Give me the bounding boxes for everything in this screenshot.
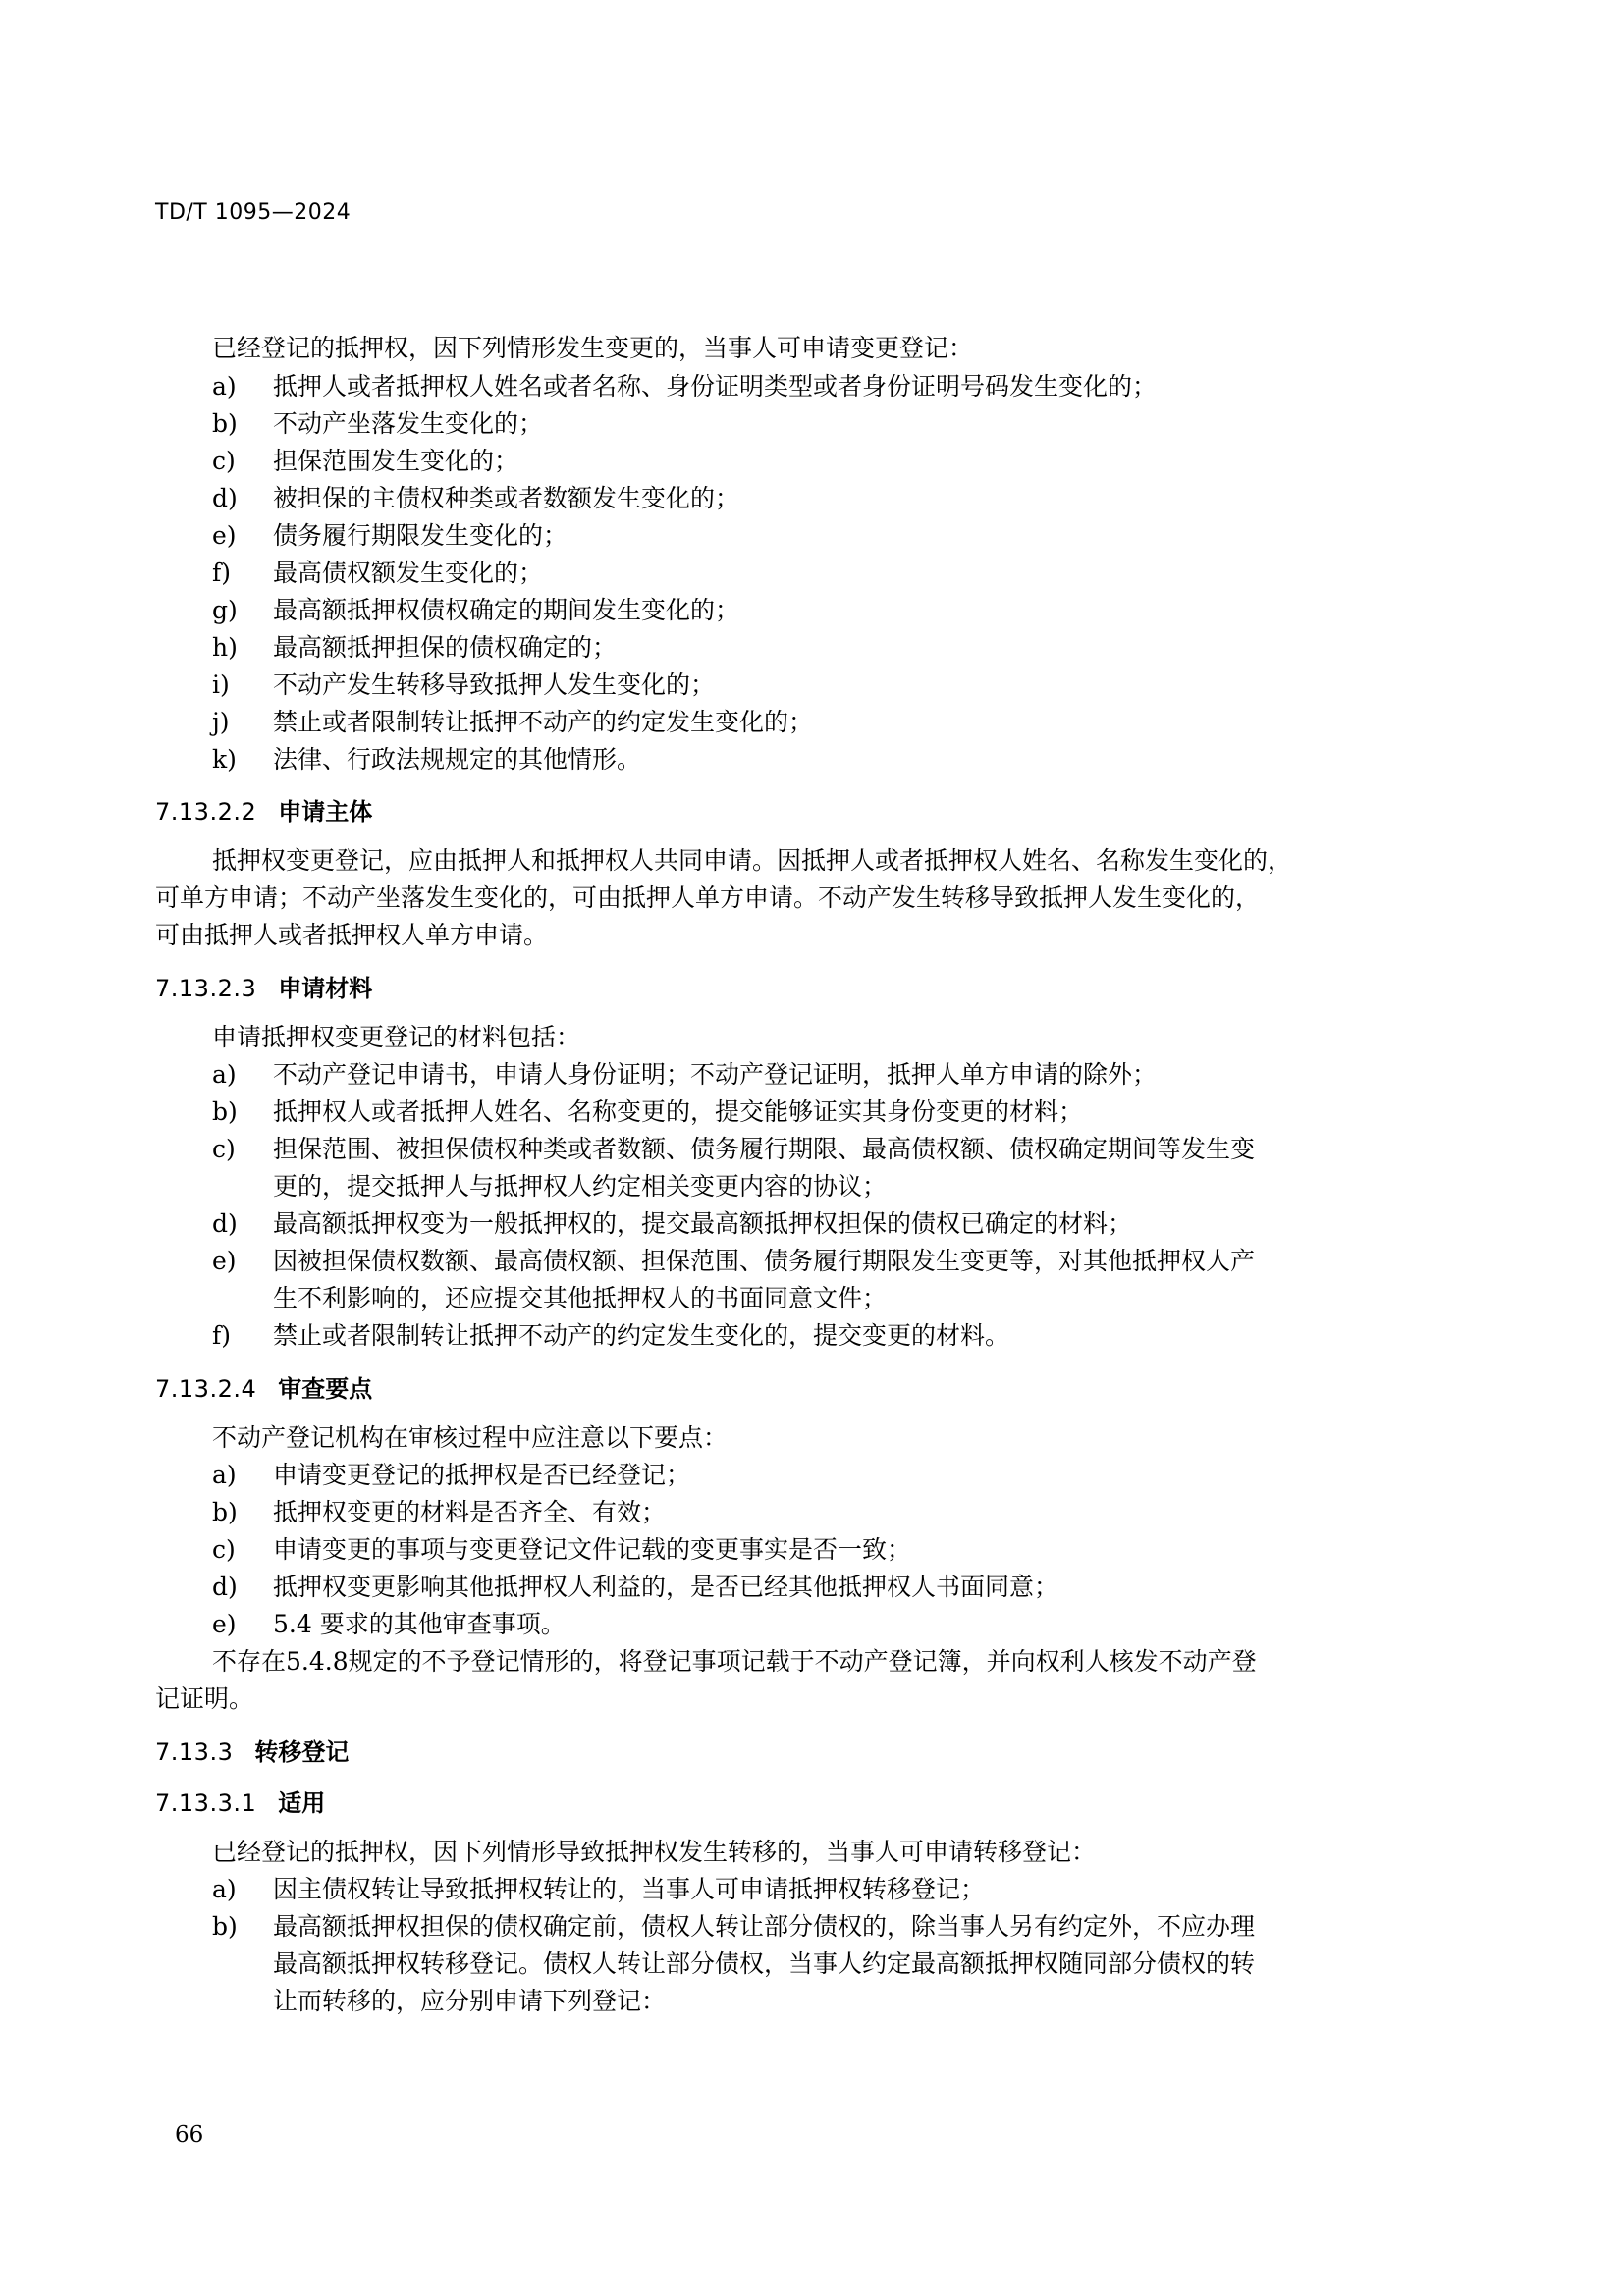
paragraph: 不存在5.4.8规定的不予登记情形的，将登记事项记载于不动产登记簿，并向权利人核… <box>212 1647 1257 1677</box>
list-item: 因主债权转让导致抵押权转让的，当事人可申请抵押权转移登记； <box>273 1875 985 1904</box>
list-marker: b) <box>212 1912 238 1942</box>
list-item: 最高额抵押担保的债权确定的； <box>273 633 617 663</box>
list-item: 抵押人或者抵押权人姓名或者名称、身份证明类型或者身份证明号码发生变化的； <box>273 372 1157 401</box>
list-item: 债务履行期限发生变化的； <box>273 521 568 551</box>
list-marker: a) <box>212 1875 237 1904</box>
list-marker: k) <box>212 745 237 774</box>
paragraph-continuation: 可由抵押人或者抵押权人单方申请。 <box>155 921 548 950</box>
section-title: 申请主体 <box>278 798 372 826</box>
section-heading: 7.13.2.2申请主体 <box>155 797 372 827</box>
list-marker: b) <box>212 1498 238 1527</box>
list-item: 禁止或者限制转让抵押不动产的约定发生变化的，提交变更的材料。 <box>273 1321 1009 1351</box>
list-marker: i) <box>212 670 230 700</box>
list-item: 禁止或者限制转让抵押不动产的约定发生变化的； <box>273 708 813 737</box>
list-marker: b) <box>212 1097 238 1127</box>
list-item: 最高债权额发生变化的； <box>273 559 543 588</box>
section-title: 转移登记 <box>254 1738 349 1766</box>
paragraph: 抵押权变更登记，应由抵押人和抵押权人共同申请。因抵押人或者抵押权人姓名、名称发生… <box>212 846 1292 876</box>
list-item: 最高额抵押权债权确定的期间发生变化的； <box>273 596 739 625</box>
list-item-continuation: 让而转移的，应分别申请下列登记： <box>273 1987 666 2016</box>
list-item: 5.4 要求的其他审查事项。 <box>273 1610 566 1639</box>
list-item-continuation: 生不利影响的，还应提交其他抵押权人的书面同意文件； <box>273 1284 887 1313</box>
list-marker: d) <box>212 1573 238 1602</box>
list-item: 申请变更的事项与变更登记文件记载的变更事实是否一致； <box>273 1535 911 1565</box>
list-marker: a) <box>212 372 237 401</box>
section-number: 7.13.2.3 <box>155 974 256 1003</box>
list-item: 抵押权变更影响其他抵押权人利益的，是否已经其他抵押权人书面同意； <box>273 1573 1058 1602</box>
list-item: 抵押权变更的材料是否齐全、有效； <box>273 1498 666 1527</box>
section-number: 7.13.2.2 <box>155 797 256 827</box>
list-item: 担保范围发生变化的； <box>273 447 518 476</box>
paragraph: 已经登记的抵押权，因下列情形发生变更的，当事人可申请变更登记： <box>212 334 973 363</box>
section-heading: 7.13.2.4审查要点 <box>155 1374 372 1404</box>
list-marker: b) <box>212 409 238 439</box>
section-number: 7.13.3.1 <box>155 1789 256 1818</box>
list-item: 最高额抵押权变为一般抵押权的，提交最高额抵押权担保的债权已确定的材料； <box>273 1209 1132 1239</box>
list-marker: e) <box>212 1610 237 1639</box>
list-marker: c) <box>212 1135 236 1164</box>
list-item: 不动产发生转移导致抵押人发生变化的； <box>273 670 715 700</box>
paragraph: 已经登记的抵押权，因下列情形导致抵押权发生转移的，当事人可申请转移登记： <box>212 1838 1096 1867</box>
list-item: 不动产登记申请书，申请人身份证明；不动产登记证明，抵押人单方申请的除外； <box>273 1060 1157 1090</box>
list-marker: h) <box>212 633 238 663</box>
document-code: TD/T 1095—2024 <box>155 200 351 225</box>
paragraph-continuation: 可单方申请；不动产坐落发生变化的，可由抵押人单方申请。不动产发生转移导致抵押人发… <box>155 883 1260 913</box>
section-number: 7.13.3 <box>155 1737 233 1767</box>
list-marker: c) <box>212 447 236 476</box>
section-heading: 7.13.2.3申请材料 <box>155 974 372 1003</box>
list-marker: f) <box>212 1321 231 1351</box>
list-item-continuation: 更的，提交抵押人与抵押权人约定相关变更内容的协议； <box>273 1172 887 1201</box>
list-item: 最高额抵押权担保的债权确定前，债权人转让部分债权的，除当事人另有约定外，不应办理 <box>273 1912 1255 1942</box>
section-title: 审查要点 <box>278 1375 372 1403</box>
list-marker: d) <box>212 484 238 513</box>
section-heading: 7.13.3.1适用 <box>155 1789 325 1818</box>
list-item: 法律、行政法规规定的其他情形。 <box>273 745 641 774</box>
list-item: 因被担保债权数额、最高债权额、担保范围、债务履行期限发生变更等，对其他抵押权人产 <box>273 1247 1255 1276</box>
section-number: 7.13.2.4 <box>155 1374 256 1404</box>
paragraph-continuation: 记证明。 <box>155 1684 253 1714</box>
list-marker: d) <box>212 1209 238 1239</box>
list-item: 申请变更登记的抵押权是否已经登记； <box>273 1461 690 1490</box>
section-heading: 7.13.3转移登记 <box>155 1737 349 1767</box>
page-number: 66 <box>175 2122 203 2148</box>
list-marker: f) <box>212 559 231 588</box>
list-marker: e) <box>212 521 237 551</box>
list-item: 不动产坐落发生变化的； <box>273 409 543 439</box>
list-item: 抵押权人或者抵押人姓名、名称变更的，提交能够证实其身份变更的材料； <box>273 1097 1083 1127</box>
list-marker: g) <box>212 596 238 625</box>
list-item-continuation: 最高额抵押权转移登记。债权人转让部分债权，当事人约定最高额抵押权随同部分债权的转 <box>273 1949 1255 1979</box>
list-marker: c) <box>212 1535 236 1565</box>
paragraph: 申请抵押权变更登记的材料包括： <box>212 1023 580 1052</box>
section-title: 申请材料 <box>278 975 372 1002</box>
section-title: 适用 <box>278 1789 325 1817</box>
list-marker: e) <box>212 1247 237 1276</box>
list-marker: a) <box>212 1060 237 1090</box>
list-item: 担保范围、被担保债权种类或者数额、债务履行期限、最高债权额、债权确定期间等发生变 <box>273 1135 1255 1164</box>
list-item: 被担保的主债权种类或者数额发生变化的； <box>273 484 739 513</box>
list-marker: a) <box>212 1461 237 1490</box>
list-marker: j) <box>212 708 230 737</box>
paragraph: 不动产登记机构在审核过程中应注意以下要点： <box>212 1423 728 1453</box>
